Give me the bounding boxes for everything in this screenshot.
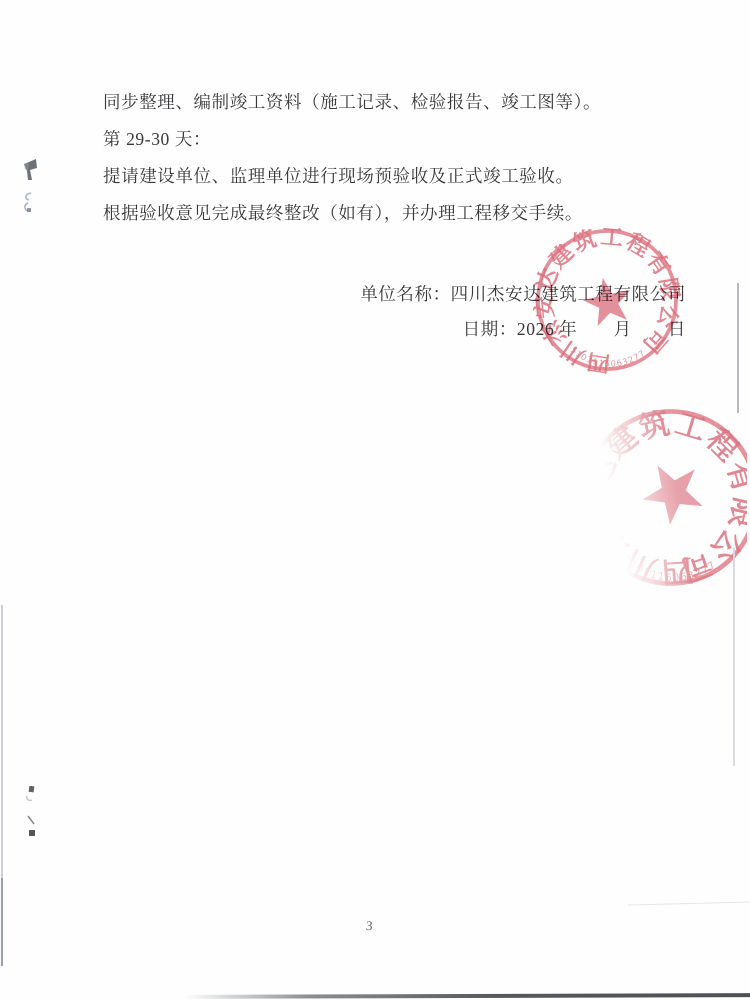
- seal-star-icon: [631, 450, 712, 530]
- page-edge-line: [185, 993, 750, 999]
- paragraph-line: 同步整理、编制竣工资料（施工记录、检验报告、竣工图等）。: [103, 92, 601, 113]
- page-edge-line: [737, 283, 739, 413]
- paragraph-line: 提请建设单位、监理单位进行现场预验收及正式竣工验收。: [103, 166, 574, 187]
- paragraph-line: 第 29-30 天：: [103, 129, 211, 150]
- scan-artifact-mark: [25, 786, 37, 805]
- page-edge-line: [628, 902, 750, 906]
- scanned-document-page: 同步整理、编制竣工资料（施工记录、检验报告、竣工图等）。 第 29-30 天： …: [0, 0, 750, 1000]
- paragraph-line: 根据验收意见完成最终整改（如有），并办理工程移交手续。: [103, 203, 583, 224]
- seal-outer-ring: [577, 404, 747, 591]
- signature-date-line: 日期：2026 年 月 日: [463, 316, 686, 341]
- seal-serial-number: 5101116063277: [619, 536, 720, 591]
- scan-artifact-mark: [25, 815, 38, 839]
- seal-group: 四川杰安达建筑工程有限公司 5101116063277: [577, 404, 747, 591]
- page-edge-line: [1, 605, 3, 885]
- seal-edge-svg: 四川杰安达建筑工程有限公司 5101116063277: [577, 404, 747, 591]
- page-number: 3: [365, 918, 373, 934]
- company-seal-stamp-edge: 四川杰安达建筑工程有限公司 5101116063277: [577, 404, 747, 596]
- scan-artifact-mark: [21, 191, 35, 214]
- signature-company-line: 单位名称：四川杰安达建筑工程有限公司: [360, 281, 686, 306]
- scan-artifact-mark: [23, 159, 39, 183]
- seal-ring-text: 四川杰安达建筑工程有限公司: [577, 404, 747, 591]
- page-edge-line: [1, 878, 3, 966]
- page-edge-line: [733, 548, 735, 766]
